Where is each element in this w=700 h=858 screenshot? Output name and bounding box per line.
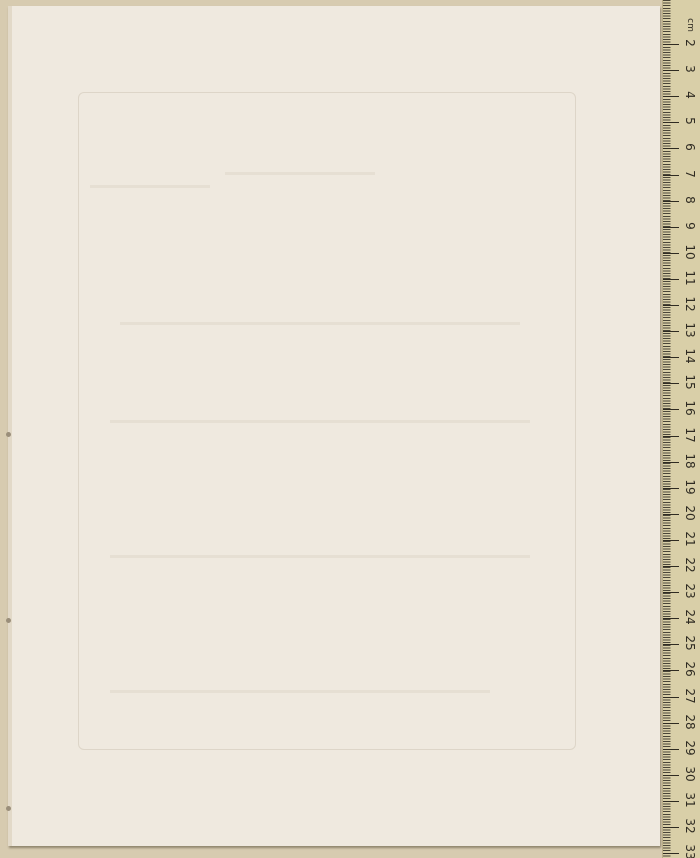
ruler-major-tick: [663, 670, 679, 671]
ruler-label: 16: [683, 397, 697, 419]
ruler-major-tick: [663, 122, 679, 123]
show-through-line: [110, 555, 530, 558]
show-through-line: [225, 172, 375, 175]
ruler-label: 2: [683, 32, 697, 54]
ruler-major-tick: [663, 749, 679, 750]
ruler-major-tick: [663, 644, 679, 645]
binding-hole: [6, 618, 11, 623]
ruler-major-tick: [663, 462, 679, 463]
page-left-edge: [8, 6, 12, 846]
show-through-line: [120, 322, 520, 325]
ruler-label: 3: [683, 58, 697, 80]
show-through-line: [90, 185, 210, 188]
ruler-major-tick: [663, 70, 679, 71]
ruler-major-tick: [663, 409, 679, 410]
ruler-label: 33: [683, 841, 697, 858]
ruler-label: 27: [683, 685, 697, 707]
ruler-label: 4: [683, 84, 697, 106]
ruler-label: 23: [683, 580, 697, 602]
ruler-major-tick: [663, 592, 679, 593]
ruler-major-tick: [663, 175, 679, 176]
show-through-line: [110, 420, 530, 423]
ruler-label: 7: [683, 163, 697, 185]
ruler-label: 6: [683, 136, 697, 158]
ruler-label: 20: [683, 502, 697, 524]
ruler-major-tick: [663, 279, 679, 280]
measuring-ruler: cm 2345678910111213141516171819202122232…: [662, 0, 700, 858]
ruler-major-tick: [663, 827, 679, 828]
ruler-major-tick: [663, 383, 679, 384]
ruler-major-tick: [663, 801, 679, 802]
ruler-major-tick: [663, 436, 679, 437]
ruler-major-tick: [663, 357, 679, 358]
ruler-major-tick: [663, 853, 679, 854]
ruler-major-tick: [663, 488, 679, 489]
ruler-label: 25: [683, 632, 697, 654]
show-through-line: [110, 690, 490, 693]
ruler-major-tick: [663, 514, 679, 515]
ruler-label: 18: [683, 450, 697, 472]
scan-image: cm 2345678910111213141516171819202122232…: [0, 0, 700, 858]
ruler-ticks: [663, 0, 677, 858]
ruler-major-tick: [663, 618, 679, 619]
ruler-major-tick: [663, 44, 679, 45]
ruler-label: 32: [683, 815, 697, 837]
ruler-label: 13: [683, 319, 697, 341]
ruler-label: 17: [683, 424, 697, 446]
ruler-label: 8: [683, 189, 697, 211]
ruler-major-tick: [663, 253, 679, 254]
ruler-major-tick: [663, 148, 679, 149]
ruler-major-tick: [663, 201, 679, 202]
ruler-label: 15: [683, 371, 697, 393]
ruler-label: 9: [683, 215, 697, 237]
ruler-label: 28: [683, 711, 697, 733]
ruler-major-tick: [663, 566, 679, 567]
ruler-label: 5: [683, 110, 697, 132]
ruler-major-tick: [663, 697, 679, 698]
ruler-major-tick: [663, 331, 679, 332]
ruler-label: 12: [683, 293, 697, 315]
ruler-major-tick: [663, 96, 679, 97]
ruler-label: 29: [683, 737, 697, 759]
ruler-label: 14: [683, 345, 697, 367]
ruler-label: 11: [683, 267, 697, 289]
ruler-major-tick: [663, 723, 679, 724]
ruler-label: 10: [683, 241, 697, 263]
ruler-label: 31: [683, 789, 697, 811]
ruler-label: 24: [683, 606, 697, 628]
ruler-label: 22: [683, 554, 697, 576]
ruler-label: 30: [683, 763, 697, 785]
ruler-major-tick: [663, 305, 679, 306]
ruler-major-tick: [663, 540, 679, 541]
binding-hole: [6, 432, 11, 437]
ruler-label: 26: [683, 658, 697, 680]
ruler-label: 19: [683, 476, 697, 498]
ruler-label: 21: [683, 528, 697, 550]
binding-hole: [6, 806, 11, 811]
ruler-major-tick: [663, 227, 679, 228]
ruler-major-tick: [663, 775, 679, 776]
